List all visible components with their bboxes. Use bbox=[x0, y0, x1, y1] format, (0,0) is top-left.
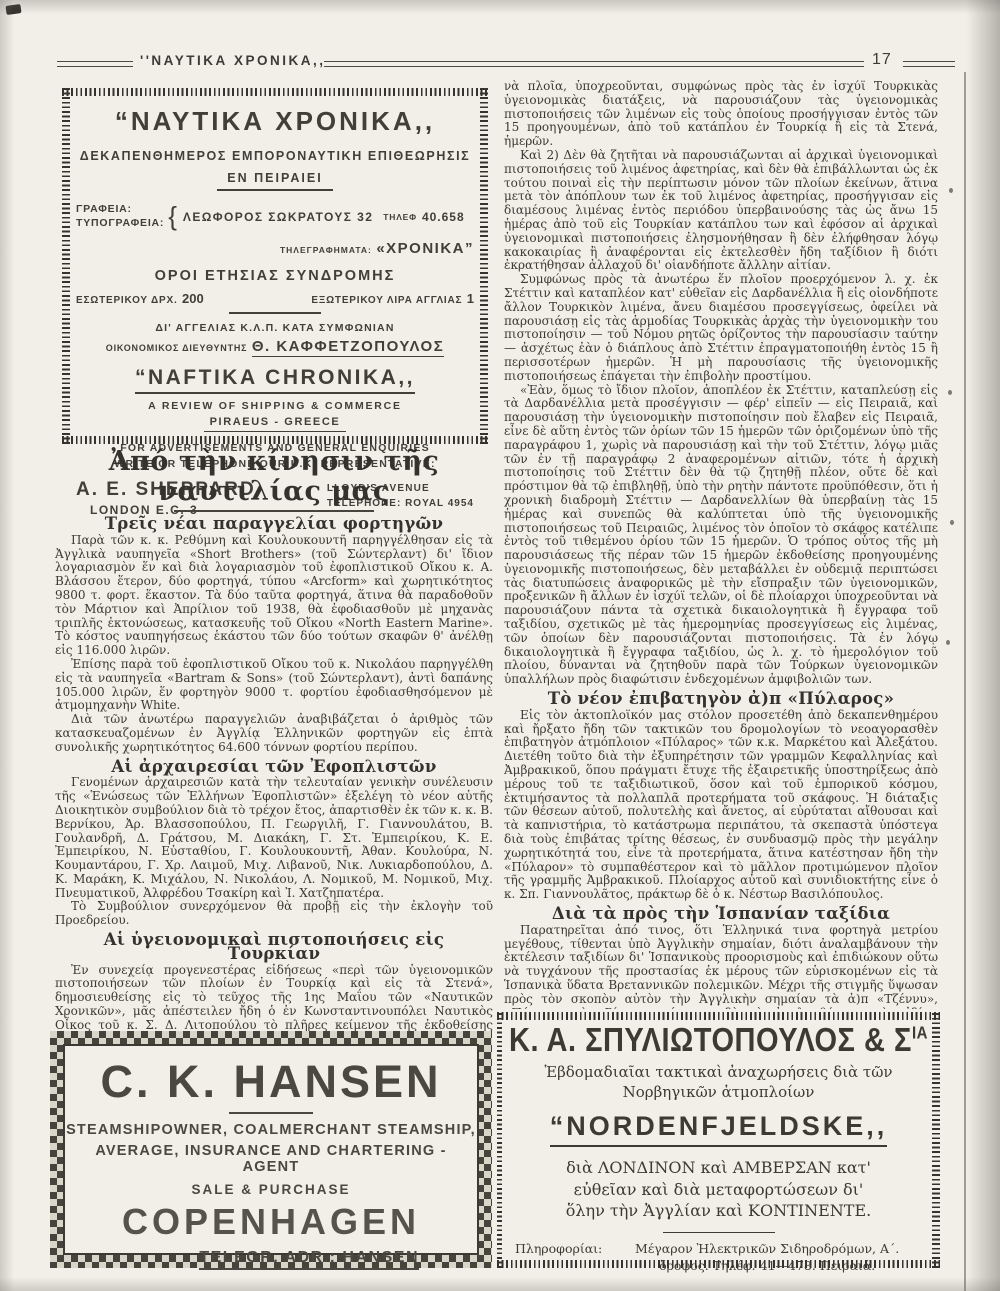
telegrams-label: ΤΗΛΕΓΡΑΦΗΜΑΤΑ: bbox=[280, 245, 372, 255]
company-name: Κ. Α. ΣΠΥΛΙΩΤΟΠΟΥΛΟΣ & Σ bbox=[509, 1022, 912, 1059]
masthead-address: ΛΕΩΦΟΡΟΣ ΣΩΚΡΑΤΟΥΣ 32 bbox=[183, 210, 373, 224]
masthead-address-row: ΓΡΑΦΕΙΑ: ΤΥΠΟΓΡΑΦΕΙΑ: { ΛΕΩΦΟΡΟΣ ΣΩΚΡΑΤΟ… bbox=[76, 201, 474, 232]
section-heading: Αἱ ἀρχαιρεσίαι τῶν Ἐφοπλιστῶν bbox=[55, 760, 493, 774]
article-paragraph: Διὰ τῶν ἀνωτέρω παραγγελιῶν ἀναβιβάζεται… bbox=[55, 713, 493, 754]
subscription-heading: ΟΡΟΙ ΕΤΗΣΙΑΣ ΣΥΝΔΡΟΜΗΣ bbox=[76, 268, 474, 284]
headline-rule bbox=[174, 510, 374, 512]
offices-label: ΓΡΑΦΕΙΑ: bbox=[76, 203, 164, 216]
spyliotopoulos-name: Κ. Α. ΣΠΥΛΙΩΤΟΠΟΥΛΟΣ & ΣΙΑ bbox=[509, 1022, 928, 1060]
spyl-info-label: Πληροφορίαι: bbox=[515, 1241, 602, 1274]
spyl-border-left bbox=[497, 1012, 502, 1268]
scan-artifact-blob bbox=[5, 4, 21, 15]
english-title: “NAFTIKA CHRONIKA,, bbox=[135, 366, 415, 394]
company-name-superscript: ΙΑ bbox=[912, 1024, 928, 1044]
director-label: ΟΙΚΟΝΟΜΙΚΟΣ ΔΙΕΥΘΥΝΤΗΣ bbox=[106, 343, 248, 353]
masthead-title: “ΝΑΥΤΙΚΑ ΧΡΟΝΙΚΑ,, bbox=[76, 106, 474, 137]
subscription-foreign-label: ΕΞΩΤΕΡΙΚΟΥ ΛΙΡΑ ΑΓΓΛΙΑΣ bbox=[311, 295, 462, 306]
english-subtitle: A REVIEW OF SHIPPING & COMMERCE bbox=[76, 400, 474, 412]
page-number: 17 bbox=[872, 51, 892, 69]
spyl-tagline1: Ἑβδομαδιαῖαι τακτικαὶ ἀναχωρήσεις διὰ τῶ… bbox=[509, 1063, 928, 1083]
article-left-column: Ἀπό τὴν κίνησιν τῆς ναυτιλίας μας Τρεῖς … bbox=[55, 447, 493, 1031]
section-heading: Τρεῖς νέαι παραγγελίαι φορτηγῶν bbox=[55, 517, 493, 531]
magazine-page: ''ΝΑΥΤΙΚΑ ΧΡΟΝΙΚΑ,, 17 “ΝΑΥΤΙΚΑ ΧΡΟΝΙΚΑ,… bbox=[0, 0, 1000, 1291]
scan-edge-left bbox=[0, 0, 14, 1291]
masthead-border-top bbox=[62, 88, 488, 96]
hansen-line1: STEAMSHIPOWNER, COALMERCHANT STEAMSHIP, bbox=[65, 1122, 477, 1138]
section-heading: Διὰ τὰ πρὸς τὴν Ἱσπανίαν ταξίδια bbox=[504, 907, 938, 921]
masthead-telegrams: ΤΗΛΕΓΡΑΦΗΜΑΤΑ: «ΧΡΟΝΙΚΑ” bbox=[76, 240, 474, 258]
masthead-border-left bbox=[62, 88, 70, 444]
section-heading: Αἱ ὑγειονομικαὶ πιστοποιήσεις εἰς Τουρκί… bbox=[55, 933, 493, 961]
subscription-domestic-value: 200 bbox=[182, 291, 204, 306]
spyl-rule bbox=[663, 1232, 775, 1234]
article-headline: Ἀπό τὴν κίνησιν τῆς ναυτιλίας μας bbox=[55, 447, 493, 507]
director-row: ΟΙΚΟΝΟΜΙΚΟΣ ΔΙΕΥΘΥΝΤΗΣ Θ. ΚΑΦΦΕΤΖΟΠΟΥΛΟΣ bbox=[76, 338, 474, 356]
scan-speck bbox=[946, 640, 950, 645]
article-paragraph: Παρὰ τῶν κ. κ. Ρεθύμνη καὶ Κουλουκουντῆ … bbox=[55, 534, 493, 658]
scan-edge-right bbox=[966, 0, 1000, 1291]
scan-edge-top bbox=[0, 0, 1000, 14]
ads-terms: ΔΙ' ΑΓΓΕΛΙΑΣ Κ.Λ.Π. ΚΑΤΑ ΣΥΜΦΩΝΙΑΝ bbox=[76, 322, 474, 334]
section-heading: Τὸ νέον ἐπιβατηγὸν ἀ)π «Πύλαρος» bbox=[504, 692, 938, 706]
subscription-rule bbox=[229, 312, 321, 314]
scan-speck bbox=[950, 520, 954, 525]
header-rule-middle bbox=[324, 61, 864, 67]
scan-speck bbox=[949, 188, 953, 193]
article-paragraph: νὰ πλοῖα, ὑποχρεοῦνται, συμφώνως πρὸς τὰ… bbox=[504, 80, 938, 149]
hansen-name: C. K. HANSEN bbox=[65, 1056, 477, 1108]
article-paragraph: Ἐν συνεχείᾳ προγενεστέρας εἰδήσεως «περὶ… bbox=[55, 964, 493, 1031]
director-name: Θ. ΚΑΦΦΕΤΖΟΠΟΥΛΟΣ bbox=[252, 338, 444, 357]
scan-edge-bottom bbox=[0, 1277, 1000, 1291]
article-paragraph: Καὶ 2) Δὲν θὰ ζητῆται νὰ παρουσιάζωνται … bbox=[504, 149, 938, 273]
subscription-row: ΕΣΩΤΕΡΙΚΟΥ ΔΡΧ. 200 ΕΞΩΤΕΡΙΚΟΥ ΛΙΡΑ ΑΓΓΛ… bbox=[76, 290, 474, 308]
masthead-location: ΕΝ ΠΕΙΡΑΙΕΙ bbox=[217, 169, 332, 191]
spyl-border-right bbox=[932, 1012, 940, 1268]
article-paragraph: «Ἐὰν, ὅμως τὸ ἴδιον πλοῖον, ἀποπλέον ἐκ … bbox=[504, 384, 938, 688]
spyl-route-text: διὰ ΛΟΝΔΙΝΟΝ καὶ ΑΜΒΕΡΣΑΝ κατ' εὐθεῖαν κ… bbox=[554, 1157, 884, 1222]
spyliotopoulos-ad: Κ. Α. ΣΠΥΛΙΩΤΟΠΟΥΛΟΣ & ΣΙΑ Ἑβδομαδιαῖαι … bbox=[497, 1012, 940, 1268]
spyl-border-top bbox=[497, 1012, 940, 1020]
masthead-border-right bbox=[480, 88, 488, 444]
hansen-rule bbox=[229, 1112, 313, 1114]
spyl-tagline2: Νορβηγικῶν ἀτμοπλοίων bbox=[509, 1083, 928, 1103]
spyl-info-row: Πληροφορίαι: Μέγαρον Ἠλεκτρικῶν Σιδηροδρ… bbox=[509, 1241, 928, 1274]
article-paragraph: Τὸ Συμβούλιον συνερχόμενον θὰ προβῇ εἰς … bbox=[55, 900, 493, 928]
article-paragraph: Γενομένων ἀρχαιρεσιῶν κατὰ τὴν τελευταία… bbox=[55, 776, 493, 900]
spyl-info-text: Μέγαρον Ἠλεκτρικῶν Σιδηροδρόμων, Α΄. ὅρο… bbox=[612, 1241, 922, 1274]
subscription-domestic-label: ΕΣΩΤΕΡΙΚΟΥ ΔΡΧ. bbox=[76, 295, 178, 306]
printing-label: ΤΥΠΟΓΡΑΦΕΙΑ: bbox=[76, 217, 164, 230]
hansen-line2: AVERAGE, INSURANCE AND CHARTERING - AGEN… bbox=[65, 1143, 477, 1175]
article-paragraph: Παρατηρεῖται ἀπό τινος, ὅτι Ἑλληνικά τιν… bbox=[504, 924, 938, 1009]
hansen-ad: C. K. HANSEN STEAMSHIPOWNER, COALMERCHAN… bbox=[50, 1031, 492, 1268]
page-header-title: ''ΝΑΥΤΙΚΑ ΧΡΟΝΙΚΑ,, bbox=[140, 53, 325, 68]
phone-value: 40.658 bbox=[422, 210, 465, 224]
nordenfjeldske-brand: “NORDENFJELDSKE,, bbox=[550, 1111, 888, 1147]
article-right-column: νὰ πλοῖα, ὑποχρεοῦνται, συμφώνως πρὸς τὰ… bbox=[504, 80, 938, 1009]
article-paragraph: Συμφώνως πρὸς τὰ ἀνωτέρω ἕν πλοῖον προερ… bbox=[504, 273, 938, 383]
english-location: PIRAEUS - GREECE bbox=[204, 415, 347, 432]
scan-speck bbox=[948, 390, 952, 395]
scan-edge-line bbox=[964, 72, 966, 1291]
header-rule-left bbox=[57, 61, 133, 67]
hansen-city: COPENHAGEN bbox=[65, 1201, 477, 1243]
masthead-ad: “ΝΑΥΤΙΚΑ ΧΡΟΝΙΚΑ,, ΔΕΚΑΠΕΝΘΗΜΕΡΟΣ ΕΜΠΟΡΟ… bbox=[62, 88, 488, 444]
article-paragraph: Ἐπίσης παρὰ τοῦ ἐφοπλιστικοῦ Οἴκου τοῦ κ… bbox=[55, 658, 493, 713]
hansen-line3: SALE & PURCHASE bbox=[65, 1182, 477, 1197]
subscription-foreign-value: 1 bbox=[467, 291, 474, 306]
header-rule-right bbox=[903, 61, 955, 67]
masthead-subtitle: ΔΕΚΑΠΕΝΘΗΜΕΡΟΣ ΕΜΠΟΡΟΝΑΥΤΙΚΗ ΕΠΙΘΕΩΡΗΣΙΣ bbox=[76, 149, 474, 163]
hansen-telegraph-address: TELEGR. ADR.: HANSEN bbox=[199, 1249, 419, 1270]
telegrams-value: «ΧΡΟΝΙΚΑ” bbox=[376, 240, 474, 257]
phone-label: ΤΗΛΕΦ bbox=[383, 212, 417, 222]
brace-glyph: { bbox=[168, 201, 177, 232]
article-paragraph: Εἰς τὸν ἀκτοπλοϊκόν μας στόλον προσετέθη… bbox=[504, 709, 938, 902]
